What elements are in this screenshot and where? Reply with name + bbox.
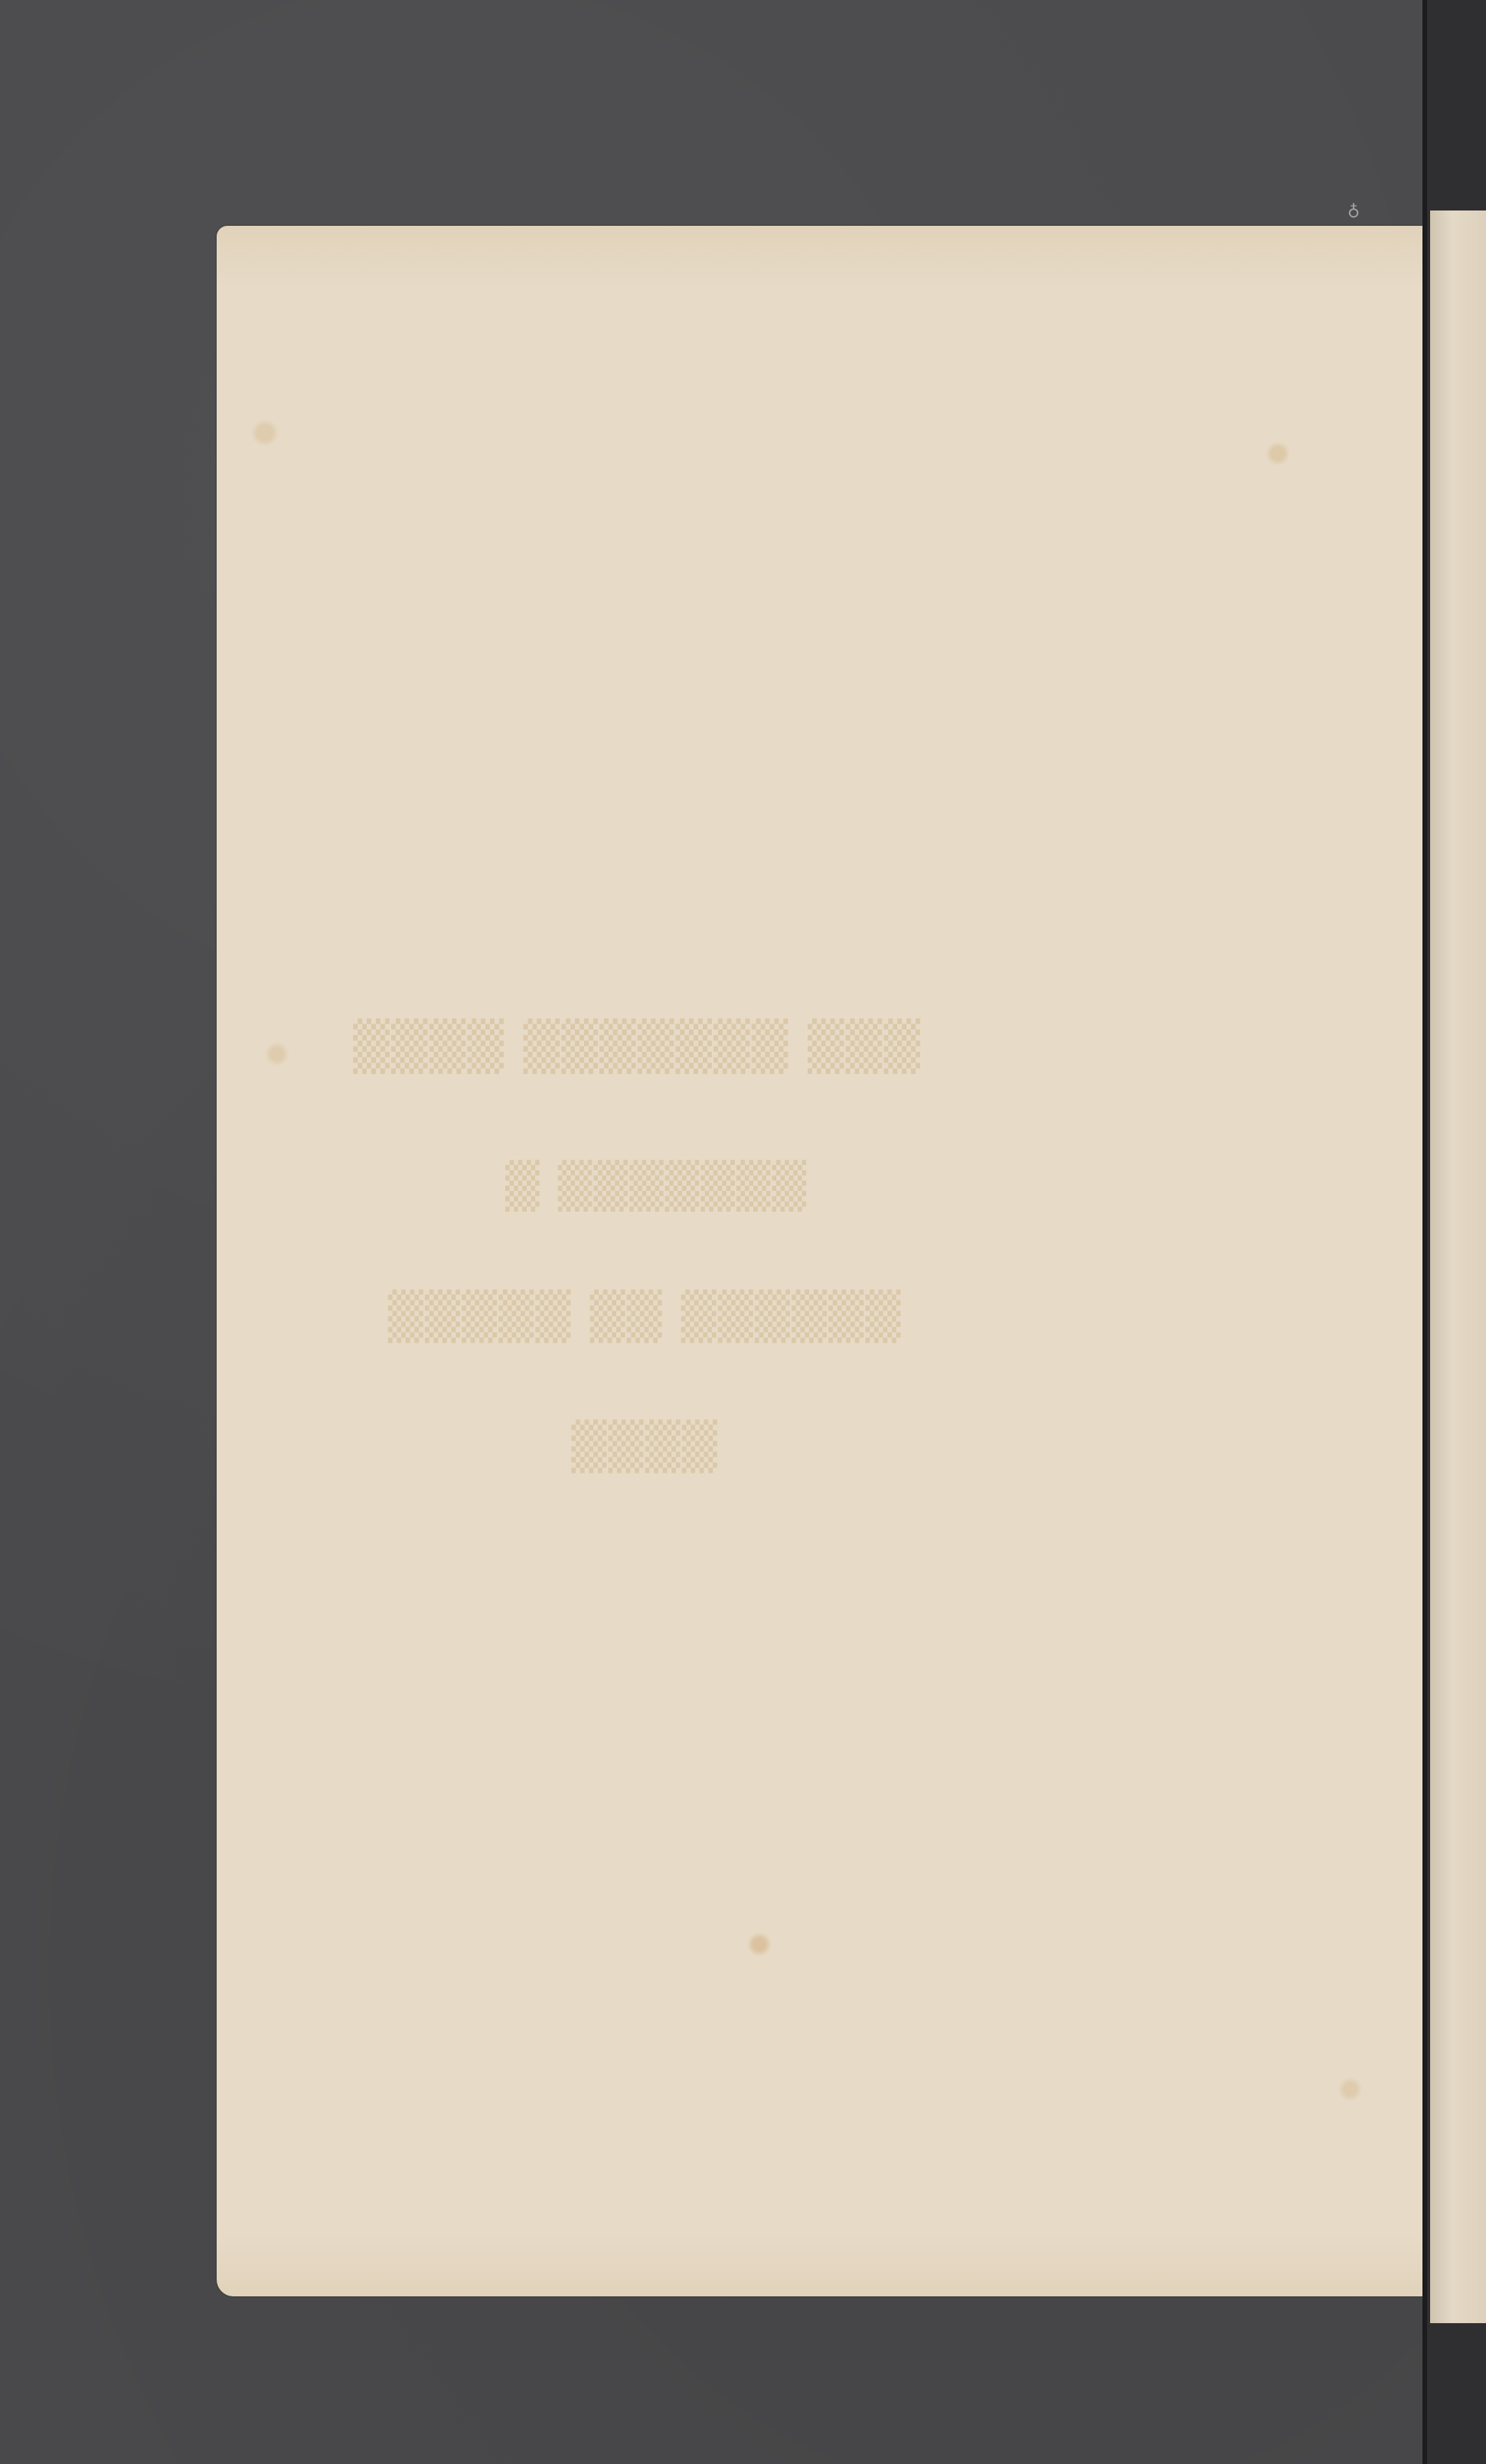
bleed-through-line-1: ▒▒▒ ▒▒▒▒▒▒▒ ▒▒▒▒ — [217, 1018, 1422, 1074]
bleed-through-line-3: ▒▒▒▒▒▒ ▒▒ ▒▒▒▒▒ — [217, 1290, 1422, 1343]
bleed-through-line-4: ▒▒▒▒ — [217, 1420, 1422, 1474]
book-page: ▒▒▒ ▒▒▒▒▒▒▒ ▒▒▒▒ ▒▒▒▒▒▒▒ ▒ ▒▒▒▒▒▒ ▒▒ ▒▒▒… — [217, 226, 1422, 2296]
bleed-through-line-2: ▒▒▒▒▒▒▒ ▒ — [217, 1160, 1422, 1212]
pencil-mark: ♁ — [1347, 203, 1360, 222]
gutter-line — [1422, 0, 1427, 2464]
adjacent-page-edge — [1430, 211, 1486, 2323]
